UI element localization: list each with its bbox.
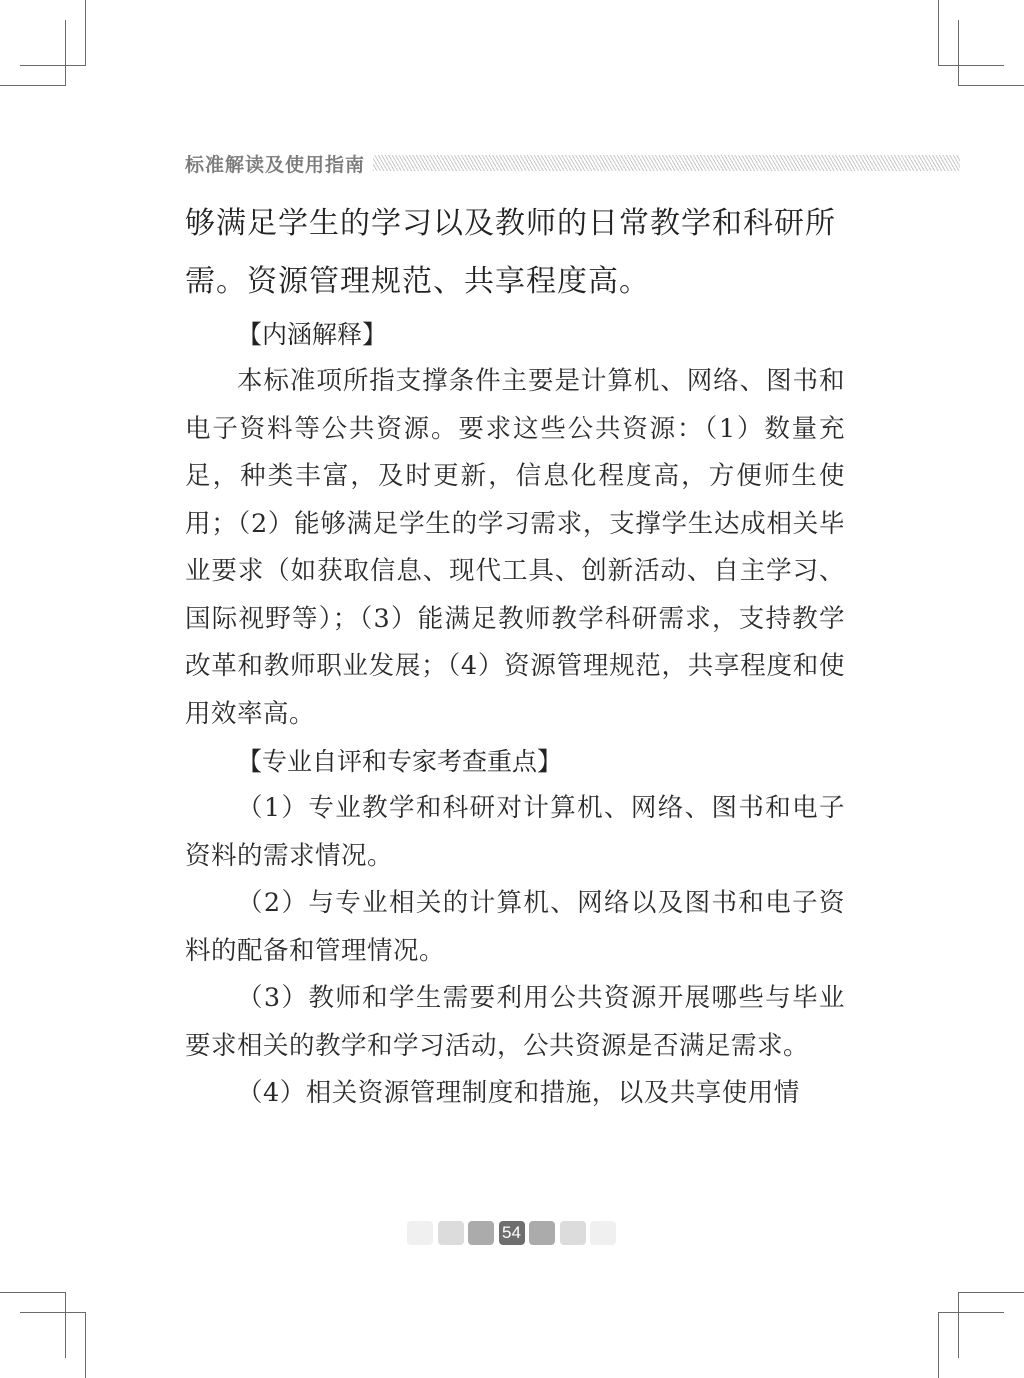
page-deco-block (560, 1221, 586, 1245)
lead-paragraph: 够满足学生的学习以及教师的日常教学和科研所需。资源管理规范、共享程度高。 (185, 195, 845, 311)
crop-mark-top-left-inner-v (65, 20, 66, 85)
crop-mark-bottom-left-outer-v (65, 1292, 66, 1358)
section-heading-connotation: 【内涵解释】 (185, 311, 845, 358)
page-deco-block (468, 1221, 494, 1245)
crop-mark-top-left-outer-h (20, 65, 86, 66)
page-body: 够满足学生的学习以及教师的日常教学和科研所需。资源管理规范、共享程度高。 【内涵… (185, 195, 845, 1118)
connotation-paragraph: 本标准项所指支撑条件主要是计算机、网络、图书和电子资料等公共资源。要求这些公共资… (185, 358, 845, 738)
crop-mark-top-left-inner-h (0, 85, 66, 86)
review-focus-item-2: （2）与专业相关的计算机、网络以及图书和电子资料的配备和管理情况。 (185, 880, 845, 975)
crop-mark-top-right-inner-v (958, 20, 959, 85)
section-heading-review-focus: 【专业自评和专家考查重点】 (185, 738, 845, 785)
review-focus-item-4: （4）相关资源管理制度和措施，以及共享使用情 (185, 1070, 845, 1118)
crop-mark-bottom-right-outer-h (958, 1292, 1024, 1293)
crop-mark-top-right-outer-v (938, 0, 939, 65)
review-focus-item-1: （1）专业教学和科研对计算机、网络、图书和电子资料的需求情况。 (185, 785, 845, 880)
page-deco-block (529, 1221, 555, 1245)
crop-mark-top-right-inner-h (958, 85, 1024, 86)
crop-mark-bottom-right-inner-v (938, 1312, 939, 1378)
crop-mark-bottom-left-inner-h (20, 1312, 86, 1313)
page-number: 54 (499, 1221, 525, 1245)
crop-mark-top-right-outer-h (938, 65, 1004, 66)
crop-mark-bottom-left-outer-h (0, 1292, 66, 1293)
page-deco-block (407, 1221, 433, 1245)
running-head-title: 标准解读及使用指南 (185, 150, 365, 177)
crop-mark-bottom-right-outer-v (958, 1292, 959, 1358)
page-deco-block (590, 1221, 616, 1245)
crop-mark-bottom-right-inner-h (938, 1312, 1004, 1313)
page-number-bar: 54 (407, 1221, 616, 1245)
running-head-hatch-rule (373, 155, 960, 171)
crop-mark-top-left-outer-v (85, 0, 86, 65)
page-deco-block (438, 1221, 464, 1245)
review-focus-item-3: （3）教师和学生需要利用公共资源开展哪些与毕业要求相关的教学和学习活动，公共资源… (185, 975, 845, 1070)
running-head: 标准解读及使用指南 (185, 150, 960, 176)
crop-mark-bottom-left-inner-v (85, 1312, 86, 1378)
